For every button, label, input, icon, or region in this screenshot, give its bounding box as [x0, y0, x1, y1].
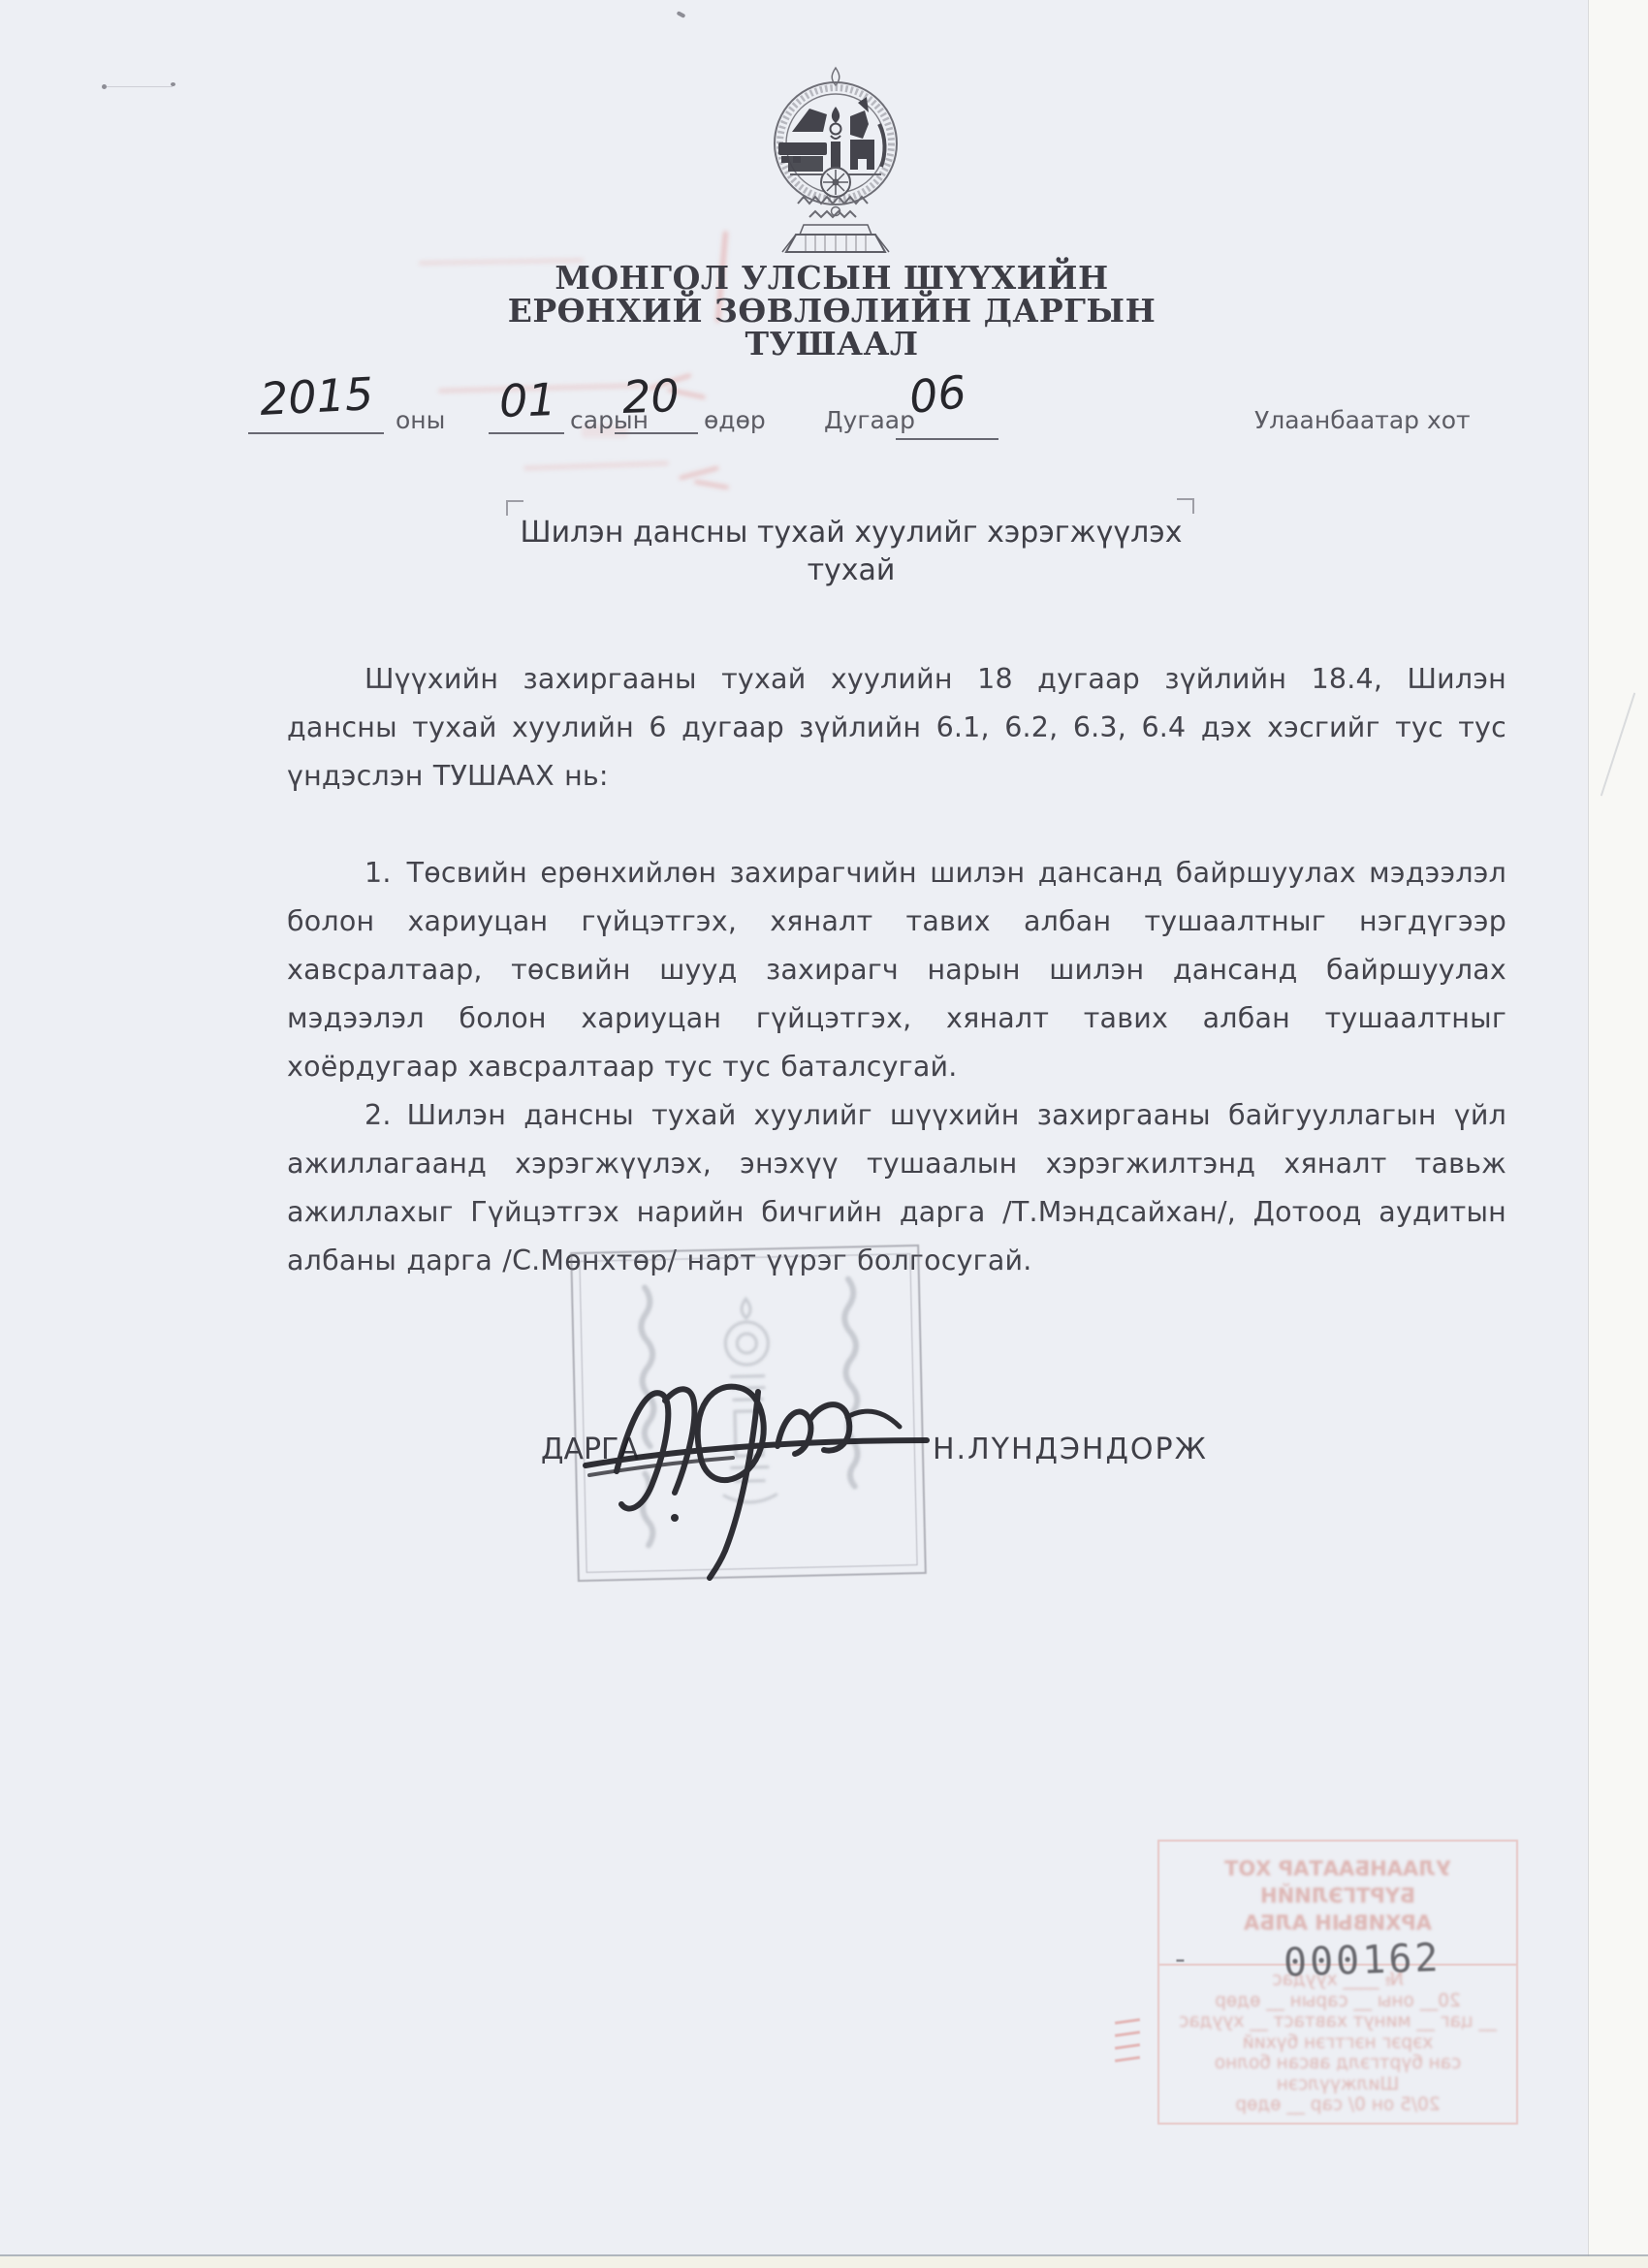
title-line2: тухай — [27, 551, 1648, 589]
handwritten-year: 2015 — [259, 367, 375, 425]
stamp-bleed-line: БҮРТГЭЛИЙН — [1159, 1882, 1516, 1909]
item-1-text: Төсвийн ерөнхийлөн захирагчийн шилэн дан… — [287, 857, 1506, 1083]
year-underline — [248, 432, 384, 434]
decree-body: Шүүхийн захиргааны тухай хуулийн 18 дуга… — [287, 655, 1506, 1285]
stamp-bleed-line: 20/5 он 0/ сар __ өдөр — [1159, 2095, 1516, 2116]
mongolia-state-emblem-icon — [749, 64, 928, 266]
scanned-decree-page: МОНГОЛ УЛСЫН ШҮҮХИЙН ЕРӨНХИЙ ЗӨВЛӨЛИЙН Д… — [0, 0, 1648, 2268]
preamble-paragraph: Шүүхийн захиргааны тухай хуулийн 18 дуга… — [287, 655, 1506, 801]
day-label: өдөр — [704, 406, 766, 434]
handwritten-number: 06 — [906, 365, 968, 424]
red-hatch-mark — [1115, 2018, 1140, 2025]
doc-type: ТУШААЛ — [8, 328, 1648, 361]
stamp-bleed-text-top: УЛААНБААТАР ХОТБҮРТГЭЛИЙНАРХИВЫН АЛБА — [1159, 1855, 1516, 1937]
stamp-bleed-line: 20__ оны __ сарын __ өдөр — [1159, 1991, 1516, 2012]
handwritten-month: 01 — [498, 373, 556, 427]
scan-bottom-strip — [0, 2256, 1648, 2268]
stamp-bleed-line: УЛААНБААТАР ХОТ — [1159, 1855, 1516, 1882]
stamp-bleed-line: сан бүртгэлд авсан болно — [1159, 2053, 1516, 2074]
title-line1: Шилэн дансны тухай хуулийг хэрэгжүүлэх — [27, 514, 1648, 551]
paper-speck — [677, 11, 686, 18]
signature-ink — [539, 1336, 966, 1617]
city-label: Улаанбаатар хот — [1254, 406, 1471, 434]
month-underline — [489, 432, 564, 434]
red-ink-bleed-mark — [694, 480, 729, 489]
stamp-bleed-line: __ цаг __ минут хавтаст __ хуудас — [1159, 2011, 1516, 2032]
number-underline — [896, 438, 998, 440]
item-1-number: 1. — [364, 857, 407, 889]
red-ink-bleed-mark — [679, 466, 719, 481]
decree-item-1: 1.Төсвийн ерөнхийлөн захирагчийн шилэн д… — [287, 849, 1506, 1091]
staple-scratch — [105, 86, 173, 87]
red-hatch-mark — [1115, 2056, 1140, 2063]
registration-number: 000162 — [1283, 1936, 1442, 1986]
year-label: оны — [396, 406, 445, 434]
registration-stamp: УЛААНБААТАР ХОТБҮРТГЭЛИЙНАРХИВЫН АЛБА № … — [1157, 1840, 1518, 2125]
title-corner-mark-right — [1177, 498, 1194, 514]
red-hatch-mark — [1115, 2043, 1140, 2050]
red-ink-bleed-mark — [523, 460, 669, 470]
stamp-bleed-text-bottom: № ____ хуудас20__ оны __ сарын __ өдөр__… — [1159, 1969, 1516, 2116]
stamp-bleed-line: хэрэг нэгтгэн бүхий — [1159, 2032, 1516, 2054]
item-2-number: 2. — [364, 1099, 407, 1131]
org-line1: МОНГОЛ УЛСЫН ШҮҮХИЙН — [8, 262, 1648, 295]
signer-name: Н.ЛҮНДЭНДОРЖ — [933, 1433, 1208, 1466]
org-header: МОНГОЛ УЛСЫН ШҮҮХИЙН ЕРӨНХИЙ ЗӨВЛӨЛИЙН Д… — [8, 262, 1648, 361]
day-underline — [615, 432, 698, 434]
red-hatch-mark — [1115, 2031, 1140, 2037]
number-label: Дугаар — [824, 406, 915, 434]
handwritten-day: 20 — [621, 369, 680, 424]
document-title: Шилэн дансны тухай хуулийг хэрэгжүүлэх т… — [27, 514, 1648, 589]
org-line2: ЕРӨНХИЙ ЗӨВЛӨЛИЙН ДАРГЫН — [8, 295, 1648, 328]
stamp-bleed-line: АРХИВЫН АЛБА — [1159, 1909, 1516, 1937]
stamp-dash-mark: - — [1175, 1942, 1186, 1976]
stamp-bleed-line: Шилжүүлсэн — [1159, 2074, 1516, 2095]
